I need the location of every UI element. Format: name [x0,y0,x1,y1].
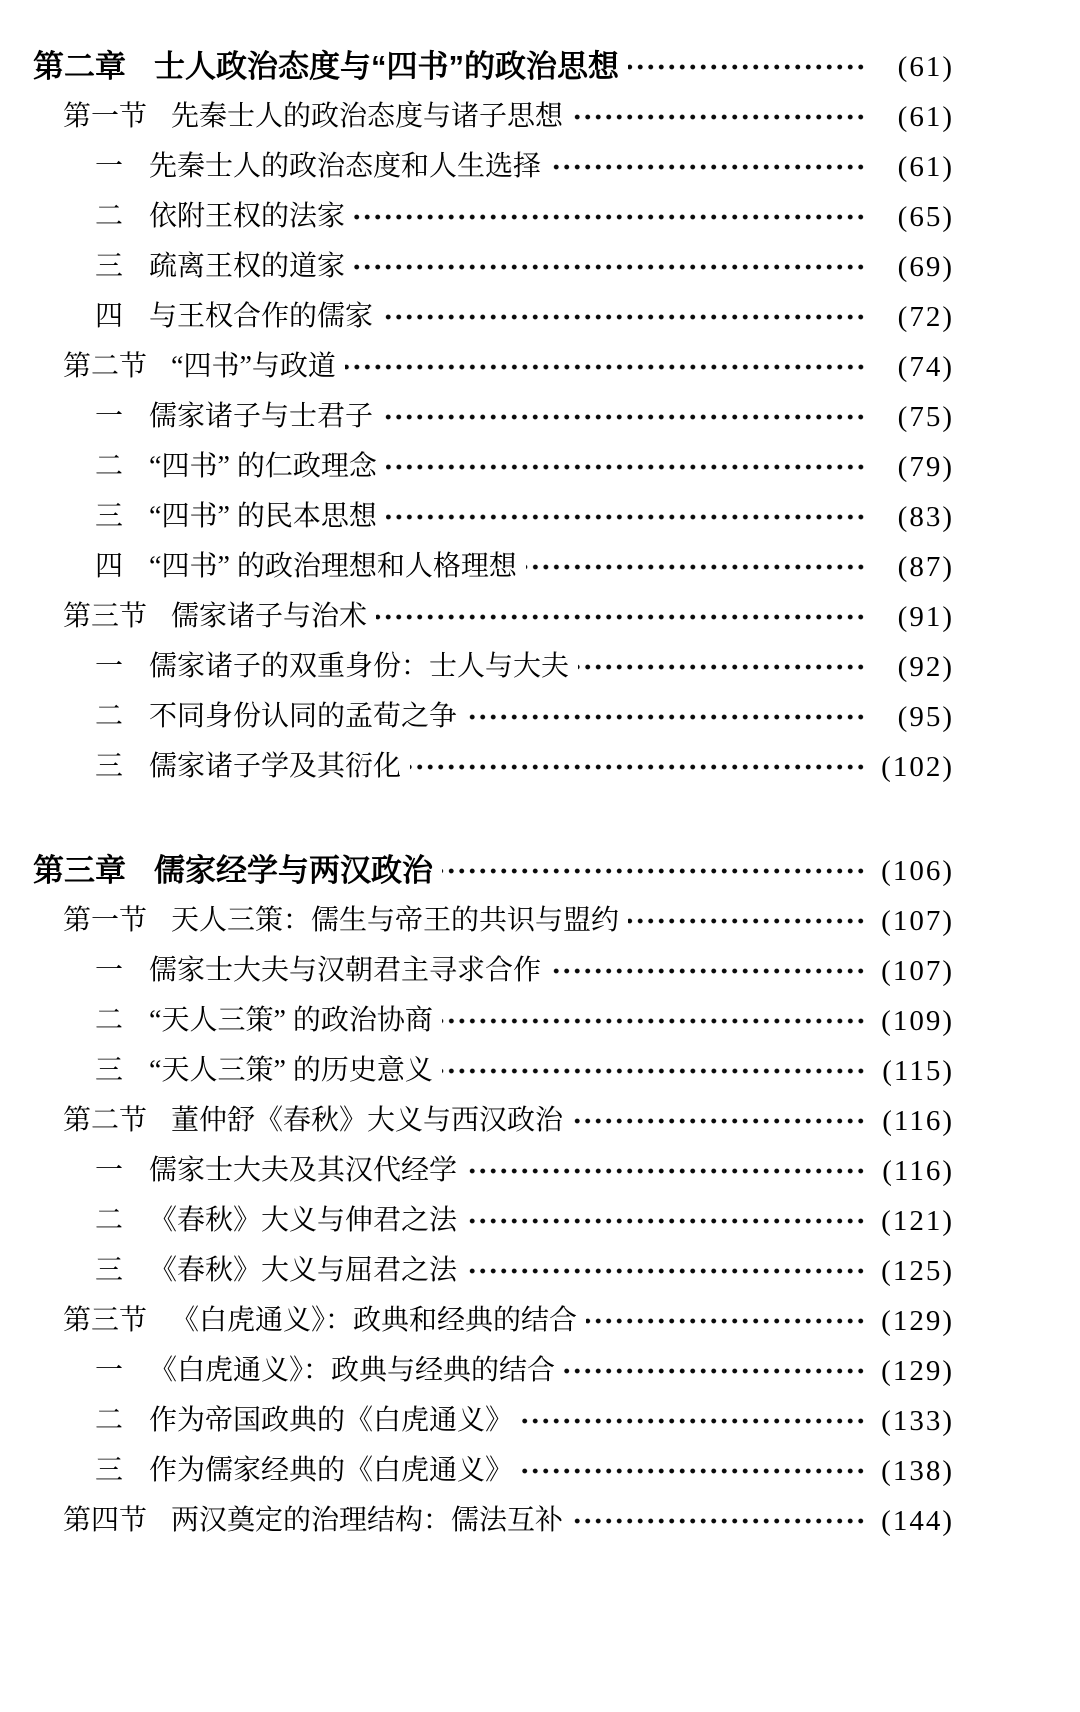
toc-entry-title: 儒家诸子的双重身份：士人与大夫 [149,642,569,692]
toc-entry-title: “天人三策” 的政治协商 [149,996,433,1046]
toc-entry-page-number: (74) [876,342,954,392]
toc-entry-item: 三儒家诸子学及其衍化(102) [33,742,954,792]
toc-entry-page-number: (102) [876,742,954,792]
toc-entry-number: 三 [95,1446,123,1496]
toc-entry-section: 第四节两汉奠定的治理结构：儒法互补(144) [33,1496,954,1546]
toc-entry-section: 第二节“四书”与政道(74) [33,342,954,392]
toc-entry-number: 第二节 [63,342,147,392]
dot-leader [410,742,866,792]
toc-entry-number: 三 [95,242,123,292]
toc-entry-page-number: (121) [876,1196,954,1246]
toc-entry-item: 一儒家士大夫与汉朝君主寻求合作(107) [33,946,954,996]
toc-entry-title: 两汉奠定的治理结构：儒法互补 [171,1496,563,1546]
dot-leader [466,1246,866,1296]
toc-entry-number: 第一节 [63,92,147,142]
dot-leader [354,192,866,242]
toc-entry-title: “四书” 的政治理想和人格理想 [149,542,517,592]
toc-entry-item: 二“天人三策” 的政治协商(109) [33,996,954,1046]
toc-entry-chapter: 第二章士人政治态度与“四书”的政治思想(61) [33,42,954,92]
toc-entry-number: 第三节 [63,1296,147,1346]
toc-entry-page-number: (116) [876,1096,954,1146]
dot-leader [572,92,866,142]
toc-entry-number: 第四节 [63,1496,147,1546]
toc-entry-page-number: (107) [876,946,954,996]
toc-entry-page-number: (129) [876,1346,954,1396]
toc-entry-page-number: (129) [876,1296,954,1346]
toc-entry-item: 二作为帝国政典的《白虎通义》(133) [33,1396,954,1446]
toc-entry-title: 依附王权的法家 [149,192,345,242]
toc-entry-number: 第二节 [63,1096,147,1146]
toc-entry-title: 《白虎通义》：政典与经典的结合 [149,1346,555,1396]
toc-entry-number: 三 [95,1246,123,1296]
toc-entry-title: 儒家士大夫与汉朝君主寻求合作 [149,946,541,996]
toc-entry-number: 一 [95,392,123,442]
toc-entry-item: 二依附王权的法家(65) [33,192,954,242]
dot-leader [564,1346,866,1396]
dot-leader [572,1096,866,1146]
toc-entry-title: 儒家诸子与士君子 [149,392,373,442]
dot-leader [466,1196,866,1246]
toc-entry-title: 《春秋》大义与屈君之法 [149,1246,457,1296]
toc-entry-title: 士人政治态度与“四书”的政治思想 [154,42,619,92]
toc-entry-item: 三作为儒家经典的《白虎通义》(138) [33,1446,954,1496]
dot-leader [382,392,866,442]
toc-entry-number: 第三章 [33,846,126,896]
toc-entry-item: 三“四书” 的民本思想(83) [33,492,954,542]
toc-entry-page-number: (144) [876,1496,954,1546]
toc-entry-number: 一 [95,142,123,192]
toc-entry-title: 儒家诸子学及其衍化 [149,742,401,792]
toc-entry-item: 三“天人三策” 的历史意义(115) [33,1046,954,1096]
toc-entry-title: 天人三策：儒生与帝王的共识与盟约 [171,896,619,946]
dot-leader [442,846,866,896]
dot-leader [382,292,866,342]
dot-leader [354,242,866,292]
toc-entry-section: 第一节天人三策：儒生与帝王的共识与盟约(107) [33,896,954,946]
toc-entry-item: 一《白虎通义》：政典与经典的结合(129) [33,1346,954,1396]
dot-leader [586,1296,866,1346]
toc-entry-page-number: (107) [876,896,954,946]
toc-page: 第二章士人政治态度与“四书”的政治思想(61)第一节先秦士人的政治态度与诸子思想… [0,0,1080,1712]
toc-entry-number: 二 [95,192,123,242]
toc-entry-number: 二 [95,1396,123,1446]
toc-entry-page-number: (79) [876,442,954,492]
toc-entry-title: 与王权合作的儒家 [149,292,373,342]
toc-entry-section: 第三节儒家诸子与治术(91) [33,592,954,642]
dot-leader [628,896,866,946]
toc-entry-page-number: (125) [876,1246,954,1296]
toc-entry-item: 一儒家士大夫及其汉代经学(116) [33,1146,954,1196]
toc-entry-title: “四书”与政道 [171,342,336,392]
toc-entry-item: 二《春秋》大义与伸君之法(121) [33,1196,954,1246]
toc-entry-item: 三疏离王权的道家(69) [33,242,954,292]
toc-entry-title: “天人三策” 的历史意义 [149,1046,433,1096]
dot-leader [442,996,866,1046]
toc-entry-title: 作为帝国政典的《白虎通义》 [149,1396,513,1446]
toc-entry-page-number: (61) [876,92,954,142]
toc-entry-page-number: (91) [876,592,954,642]
toc-entry-number: 三 [95,1046,123,1096]
toc-entry-title: 董仲舒《春秋》大义与西汉政治 [171,1096,563,1146]
toc-entry-title: 儒家经学与两汉政治 [154,846,433,896]
toc-entry-number: 一 [95,1146,123,1196]
dot-leader [376,592,866,642]
dot-leader [442,1046,866,1096]
toc-entry-page-number: (75) [876,392,954,442]
toc-entry-number: 一 [95,642,123,692]
dot-leader [526,542,866,592]
dot-leader [550,946,866,996]
toc-entry-number: 二 [95,442,123,492]
dot-leader [550,142,866,192]
toc-entry-section: 第三节《白虎通义》：政典和经典的结合(129) [33,1296,954,1346]
toc-entry-page-number: (109) [876,996,954,1046]
toc-entry-page-number: (61) [876,142,954,192]
toc-entry-number: 第三节 [63,592,147,642]
toc-entry-page-number: (69) [876,242,954,292]
toc-entry-title: 《春秋》大义与伸君之法 [149,1196,457,1246]
toc-entry-number: 第一节 [63,896,147,946]
toc-entry-title: “四书” 的民本思想 [149,492,377,542]
toc-entry-number: 一 [95,1346,123,1396]
toc-entry-title: 《白虎通义》：政典和经典的结合 [171,1296,577,1346]
dot-leader [466,692,866,742]
toc-entry-page-number: (116) [876,1146,954,1196]
toc-entry-item: 二不同身份认同的孟荀之争(95) [33,692,954,742]
toc-entry-title: 儒家士大夫及其汉代经学 [149,1146,457,1196]
toc-entry-number: 二 [95,996,123,1046]
dot-leader [572,1496,866,1546]
dot-leader [466,1146,866,1196]
toc-entry-item: 四与王权合作的儒家(72) [33,292,954,342]
toc-entry-page-number: (133) [876,1396,954,1446]
toc-entry-page-number: (83) [876,492,954,542]
toc-entry-page-number: (106) [876,846,954,896]
dot-leader [522,1446,866,1496]
toc-entry-item: 一儒家诸子的双重身份：士人与大夫(92) [33,642,954,692]
toc-entry-title: 疏离王权的道家 [149,242,345,292]
dot-leader [522,1396,866,1446]
toc-entry-chapter: 第三章儒家经学与两汉政治(106) [33,846,954,896]
toc-entry-page-number: (115) [876,1046,954,1096]
toc-entry-number: 二 [95,692,123,742]
toc-entry-number: 二 [95,1196,123,1246]
toc-entry-title: “四书” 的仁政理念 [149,442,377,492]
toc-entry-number: 三 [95,492,123,542]
toc-entry-title: 儒家诸子与治术 [171,592,367,642]
toc-entry-title: 先秦士人的政治态度和人生选择 [149,142,541,192]
toc-entry-page-number: (72) [876,292,954,342]
dot-leader [386,492,866,542]
toc-entry-page-number: (138) [876,1446,954,1496]
toc-entry-page-number: (95) [876,692,954,742]
toc-entry-page-number: (61) [876,42,954,92]
toc-entry-item: 二“四书” 的仁政理念(79) [33,442,954,492]
toc-entry-number: 三 [95,742,123,792]
dot-leader [345,342,866,392]
toc-entry-number: 一 [95,946,123,996]
toc-entry-item: 一儒家诸子与士君子(75) [33,392,954,442]
toc-entry-item: 一先秦士人的政治态度和人生选择(61) [33,142,954,192]
toc-entry-item: 四“四书” 的政治理想和人格理想(87) [33,542,954,592]
toc-entry-item: 三《春秋》大义与屈君之法(125) [33,1246,954,1296]
toc-entry-number: 四 [95,292,123,342]
toc-entry-section: 第二节董仲舒《春秋》大义与西汉政治(116) [33,1096,954,1146]
toc-entry-title: 作为儒家经典的《白虎通义》 [149,1446,513,1496]
toc-entry-number: 第二章 [33,42,126,92]
toc-entry-page-number: (65) [876,192,954,242]
toc-entry-section: 第一节先秦士人的政治态度与诸子思想(61) [33,92,954,142]
toc-entry-page-number: (87) [876,542,954,592]
dot-leader [628,42,866,92]
toc-entry-title: 不同身份认同的孟荀之争 [149,692,457,742]
dot-leader [386,442,866,492]
toc-entry-title: 先秦士人的政治态度与诸子思想 [171,92,563,142]
toc-entry-page-number: (92) [876,642,954,692]
dot-leader [578,642,866,692]
toc-entry-number: 四 [95,542,123,592]
table-of-contents: 第二章士人政治态度与“四书”的政治思想(61)第一节先秦士人的政治态度与诸子思想… [33,42,954,1546]
